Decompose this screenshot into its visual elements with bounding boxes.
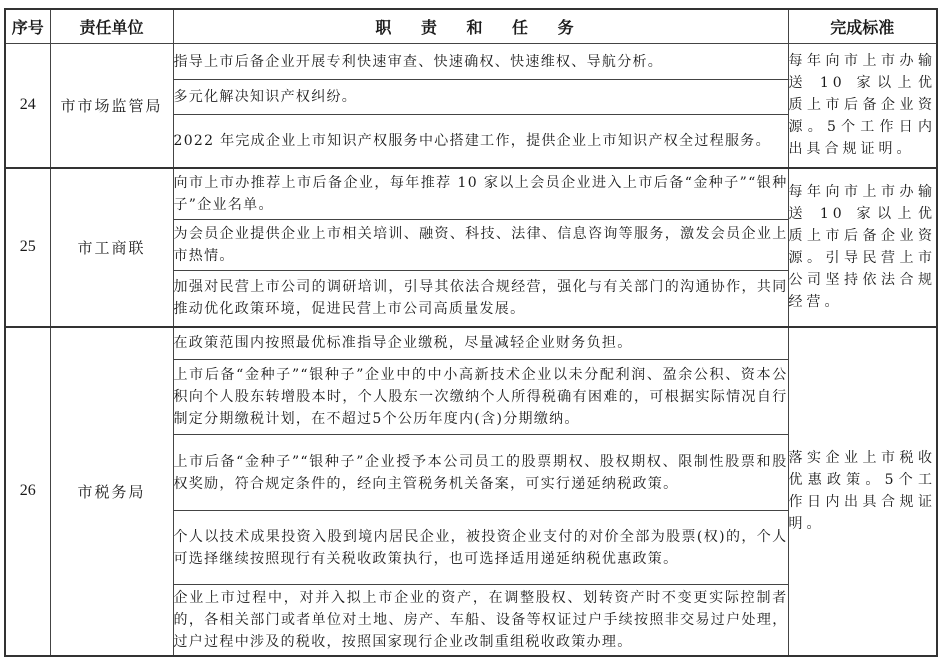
header-duties: 职 责 和 任 务: [173, 9, 788, 44]
task-cell: 在政策范围内按照最优标准指导企业缴税，尽量减轻企业财务负担。: [173, 327, 788, 360]
table-row: 26 市税务局 在政策范围内按照最优标准指导企业缴税，尽量减轻企业财务负担。 落…: [5, 327, 937, 360]
row-unit: 市税务局: [50, 327, 173, 656]
task-cell: 为会员企业提供企业上市相关培训、融资、科技、法律、信息咨询等服务，激发会员企业上…: [173, 220, 788, 271]
standard-cell: 每年向市上市办输送 10 家以上优质上市后备企业资源。引导民营上市公司坚持依法合…: [788, 168, 937, 327]
task-cell: 个人以技术成果投资入股到境内居民企业，被投资企业支付的对价全部为股票(权)的，个…: [173, 511, 788, 585]
task-cell: 指导上市后备企业开展专利快速审查、快速确权、快速维权、导航分析。: [173, 44, 788, 80]
task-cell: 向市上市办推荐上市后备企业，每年推荐 10 家以上会员企业进入上市后备“金种子”…: [173, 168, 788, 220]
table-row: 25 市工商联 向市上市办推荐上市后备企业，每年推荐 10 家以上会员企业进入上…: [5, 168, 937, 220]
header-standard: 完成标准: [788, 9, 937, 44]
task-cell: 企业上市过程中，对并入拟上市企业的资产，在调整股权、划转资产时不变更实际控制者的…: [173, 585, 788, 656]
standard-cell: 落实企业上市税收优惠政策。5个工作日内出具合规证明。: [788, 327, 937, 656]
header-row: 序号 责任单位 职 责 和 任 务 完成标准: [5, 9, 937, 44]
row-unit: 市工商联: [50, 168, 173, 327]
row-seq: 26: [5, 327, 50, 656]
header-seq: 序号: [5, 9, 50, 44]
row-unit: 市市场监管局: [50, 44, 173, 168]
task-cell: 上市后备“金种子”“银种子”企业授予本公司员工的股票期权、股权期权、限制性股票和…: [173, 435, 788, 511]
standard-cell: 每年向市上市办输送 10 家以上优质上市后备企业资源。5个工作日内出具合规证明。: [788, 44, 937, 168]
row-seq: 24: [5, 44, 50, 168]
task-cell: 2022 年完成企业上市知识产权服务中心搭建工作，提供企业上市知识产权全过程服务…: [173, 115, 788, 168]
table-row: 24 市市场监管局 指导上市后备企业开展专利快速审查、快速确权、快速维权、导航分…: [5, 44, 937, 80]
header-unit: 责任单位: [50, 9, 173, 44]
row-seq: 25: [5, 168, 50, 327]
task-cell: 上市后备“金种子”“银种子”企业中的中小高新技术企业以未分配利润、盈余公积、资本…: [173, 360, 788, 435]
task-cell: 加强对民营上市公司的调研培训，引导其依法合规经营，强化与有关部门的沟通协作，共同…: [173, 271, 788, 327]
task-cell: 多元化解决知识产权纠纷。: [173, 80, 788, 115]
responsibility-table: 序号 责任单位 职 责 和 任 务 完成标准 24 市市场监管局 指导上市后备企…: [4, 8, 938, 657]
